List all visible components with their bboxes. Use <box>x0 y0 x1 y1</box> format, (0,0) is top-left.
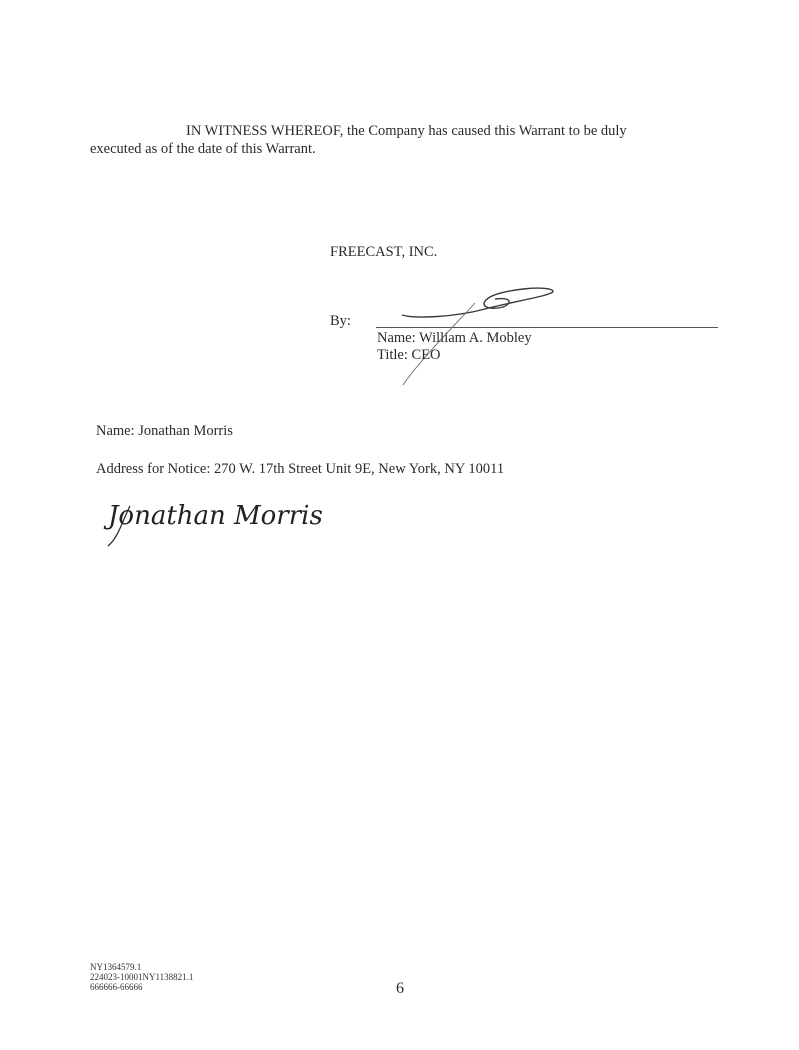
witness-paragraph-line-1: IN WITNESS WHEREOF, the Company has caus… <box>186 122 627 140</box>
signer-name: Name: William A. Mobley <box>377 330 532 347</box>
witness-paragraph-line-2: executed as of the date of this Warrant. <box>90 140 316 158</box>
holder-address: Address for Notice: 270 W. 17th Street U… <box>96 461 504 478</box>
holder-name: Name: Jonathan Morris <box>96 423 233 440</box>
page-number: 6 <box>396 980 404 998</box>
footer-id: NY1364579.1 <box>90 962 193 972</box>
by-label: By: <box>330 313 351 330</box>
company-name: FREECAST, INC. <box>330 244 437 261</box>
holder-signature-icon: Jonathan Morris <box>100 492 350 552</box>
footer-id: 224023-10001NY1138821.1 <box>90 972 193 982</box>
footer-id: 666666-66666 <box>90 982 193 992</box>
signer-title: Title: CEO <box>377 347 441 364</box>
footer-document-ids: NY1364579.1 224023-10001NY1138821.1 6666… <box>90 962 193 992</box>
svg-text:Jonathan Morris: Jonathan Morris <box>103 501 323 531</box>
